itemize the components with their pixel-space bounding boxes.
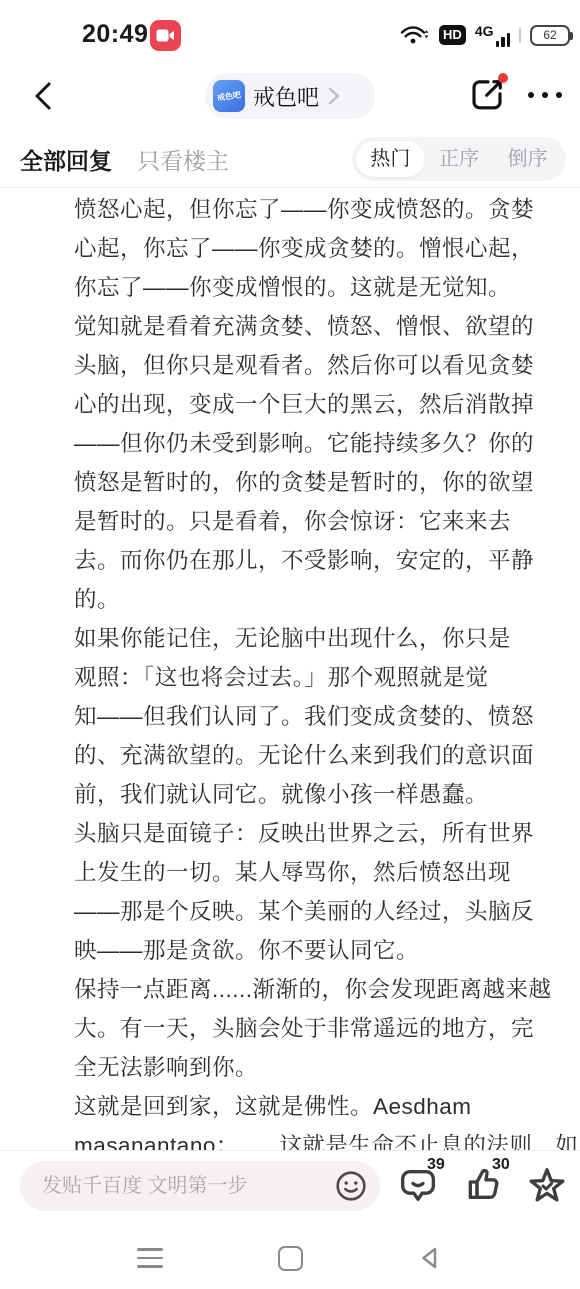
body-text-line: 这就是回到家，这就是佛性。Aesdham <box>74 1087 564 1126</box>
reply-input-pill[interactable] <box>20 1161 380 1211</box>
body-text-line: 全无法影响到你。 <box>74 1048 564 1087</box>
body-text-line: ——但你仍未受到影响。它能持续多久？你的 <box>74 424 564 463</box>
compose-button[interactable] <box>468 76 506 114</box>
body-text-line: 前，我们就认同它。就像小孩一样愚蠢。 <box>74 775 564 814</box>
network-type-label: 4G <box>475 24 494 38</box>
body-text-line: 是暂时的。只是看着，你会惊讶：它来来去 <box>74 502 564 541</box>
app-screen: 20:49 HD 4G 62 <box>0 0 580 1289</box>
battery-indicator: 62 <box>530 25 570 46</box>
back-chevron-icon <box>31 81 57 111</box>
sim2-signal-icon <box>519 28 521 43</box>
status-icons: HD 4G 62 <box>400 18 570 52</box>
back-triangle-icon <box>416 1244 444 1272</box>
cellular-signal-icon: 4G <box>475 24 510 47</box>
status-bar: 20:49 HD 4G 62 <box>0 0 580 62</box>
body-text-line: 心的出现，变成一个巨大的黑云，然后消散掉 <box>74 385 564 424</box>
body-text-line: 头脑，但你只是观看者。然后你可以看见贪婪 <box>74 346 564 385</box>
body-text-line: 愤怒心起，但你忘了——你变成愤怒的。贪婪 <box>74 190 564 229</box>
sort-segmented-control: 热门 正序 倒序 <box>352 137 566 181</box>
recents-button[interactable] <box>130 1238 170 1278</box>
like-count: 30 <box>492 1156 510 1174</box>
home-button[interactable] <box>270 1238 310 1278</box>
comments-button[interactable]: 39 <box>395 1162 441 1208</box>
body-text-line: 你忘了——你变成憎恨的。这就是无觉知。 <box>74 268 564 307</box>
more-menu-button[interactable] <box>528 76 562 114</box>
post-body: 愤怒心起，但你忘了——你变成愤怒的。贪婪心起，你忘了——你变成贪婪的。憎恨心起，… <box>0 190 580 1150</box>
body-text-line: masanantano：......这就是生命不止息的法则，如 <box>74 1126 564 1150</box>
composer-bar: 39 30 <box>0 1150 580 1224</box>
body-text-line: 觉知就是看着充满贪婪、愤怒、憎恨、欲望的 <box>74 307 564 346</box>
tab-all-replies[interactable]: 全部回复 <box>20 143 112 176</box>
body-text-line: 愤怒是暂时的，你的贪婪是暂时的，你的欲望 <box>74 463 564 502</box>
sort-option-asc[interactable]: 正序 <box>425 141 494 177</box>
body-text-line: 心起，你忘了——你变成贪婪的。憎恨心起， <box>74 229 564 268</box>
body-text-line: 知——但我们认同了。我们变成贪婪的、愤怒 <box>74 697 564 736</box>
body-text-line: 大。有一天，头脑会处于非常遥远的地方，完 <box>74 1009 564 1048</box>
home-icon <box>278 1246 303 1271</box>
screen-record-icon[interactable] <box>150 20 181 51</box>
camcorder-icon <box>156 28 175 43</box>
body-text-line: 如果你能记住，无论脑中出现什么，你只是 <box>74 619 564 658</box>
forum-link[interactable]: 戒色吧 戒色吧 <box>205 73 375 119</box>
comment-count: 39 <box>427 1156 445 1174</box>
favorite-button[interactable] <box>524 1162 570 1208</box>
reply-input[interactable] <box>42 1175 334 1198</box>
sort-option-hot[interactable]: 热门 <box>356 141 425 177</box>
battery-level: 62 <box>543 28 556 42</box>
nav-actions <box>468 76 562 114</box>
body-text-line: ——那是个反映。某个美丽的人经过，头脑反 <box>74 892 564 931</box>
star-check-icon <box>527 1165 567 1205</box>
top-nav-bar: 戒色吧 戒色吧 <box>0 62 580 130</box>
notification-dot <box>498 73 508 83</box>
body-text-line: 去。而你仍在那儿，不受影响，安定的，平静 <box>74 541 564 580</box>
forum-name: 戒色吧 <box>253 81 319 112</box>
wifi-icon <box>400 24 430 46</box>
body-text-line: 观照：「这也将会过去。」那个观照就是觉 <box>74 658 564 697</box>
forum-avatar: 戒色吧 <box>213 80 245 112</box>
emoji-icon[interactable] <box>334 1169 368 1203</box>
clock: 20:49 <box>82 20 148 49</box>
chevron-right-icon <box>327 86 340 106</box>
back-button[interactable] <box>22 74 66 118</box>
reply-filter-bar: 全部回复 只看楼主 热门 正序 倒序 <box>0 130 580 188</box>
body-text-line: 上发生的一切。某人辱骂你，然后愤怒出现 <box>74 853 564 892</box>
hd-badge: HD <box>439 25 466 45</box>
sort-option-desc[interactable]: 倒序 <box>493 141 562 177</box>
forum-avatar-text: 戒色吧 <box>216 89 241 103</box>
android-nav-bar <box>0 1224 580 1289</box>
body-text-line: 的、充满欲望的。无论什么来到我们的意识面 <box>74 736 564 775</box>
body-text-line: 的。 <box>74 580 564 619</box>
tab-author-only[interactable]: 只看楼主 <box>137 143 229 176</box>
android-back-button[interactable] <box>410 1238 450 1278</box>
body-text-line: 映——那是贪欲。你不要认同它。 <box>74 931 564 970</box>
menu-icon <box>137 1248 163 1268</box>
like-button[interactable]: 30 <box>460 1162 506 1208</box>
body-text-line: 头脑只是面镜子：反映出世界之云，所有世界 <box>74 814 564 853</box>
body-text-line: 保持一点距离......渐渐的，你会发现距离越来越 <box>74 970 564 1009</box>
